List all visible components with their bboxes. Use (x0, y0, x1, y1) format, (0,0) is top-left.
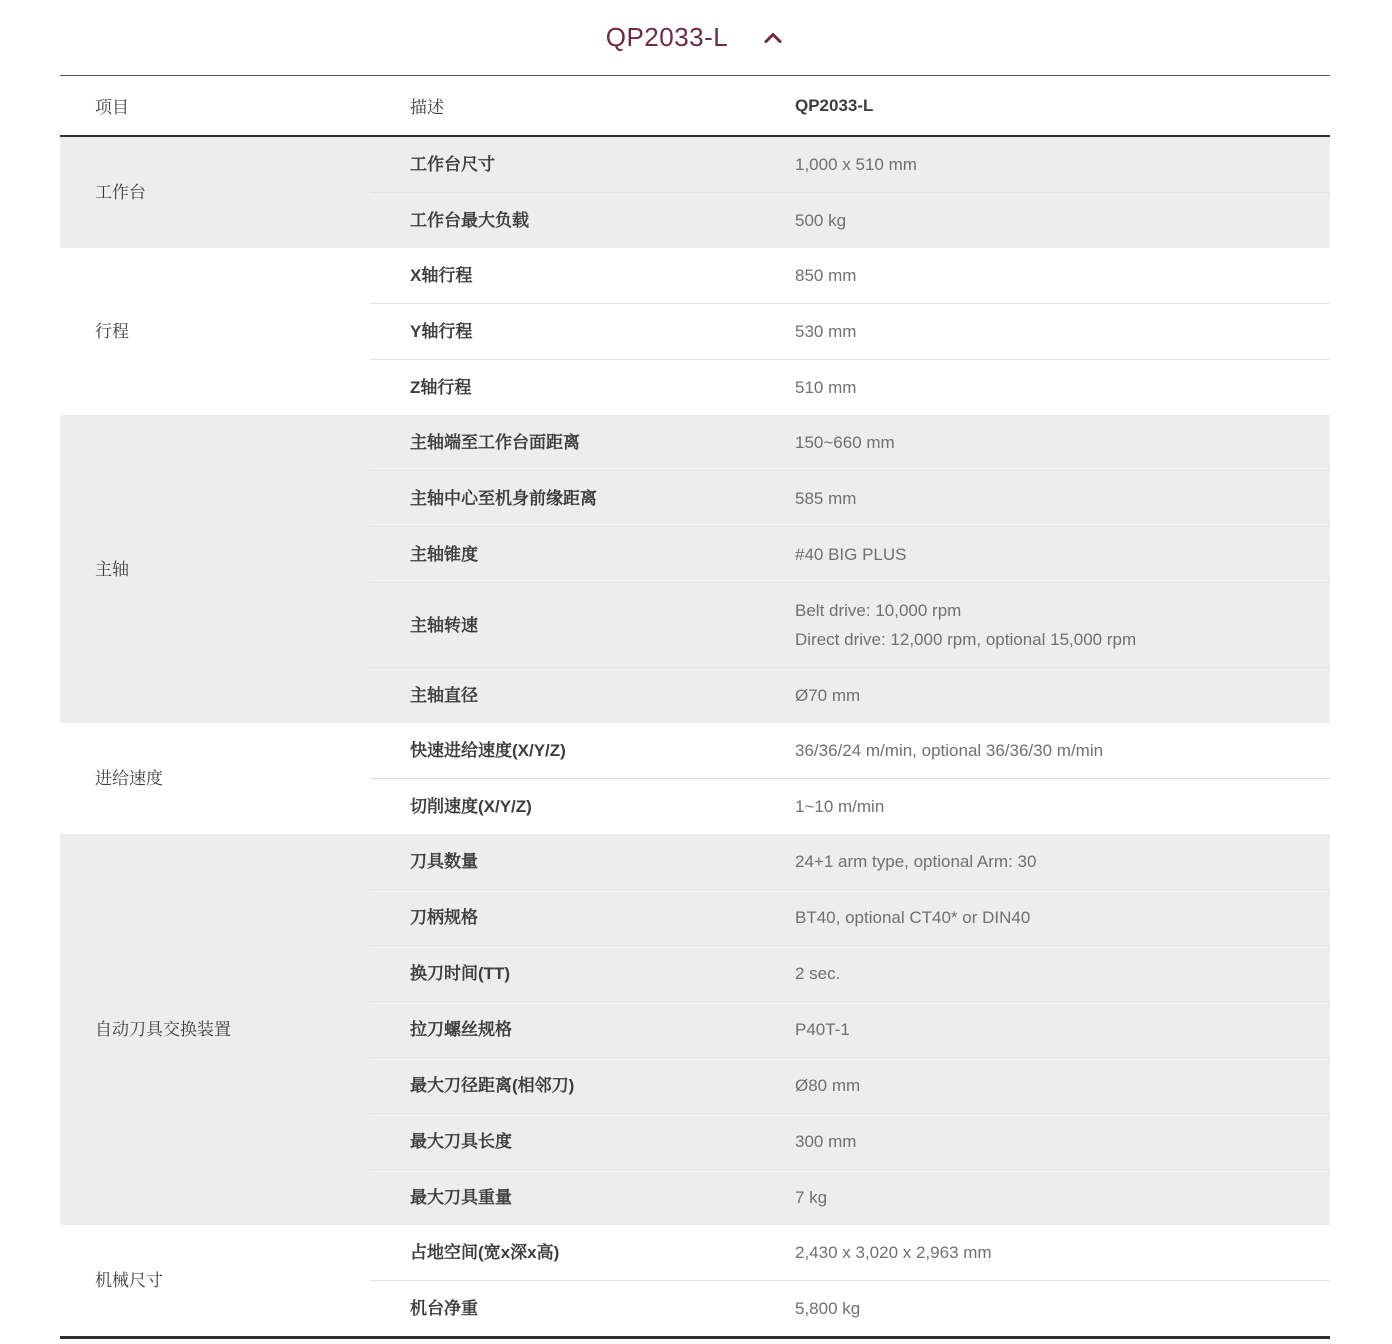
group-rows: X轴行程850 mmY轴行程530 mmZ轴行程510 mm (370, 248, 1330, 415)
group-rows: 主轴端至工作台面距离150~660 mm主轴中心至机身前缘距离585 mm主轴锥… (370, 415, 1330, 723)
spec-label: 工作台尺寸 (370, 150, 755, 179)
spec-value: 585 mm (755, 484, 1330, 513)
spec-label: 主轴直径 (370, 681, 755, 710)
spec-row: 占地空间(宽x深x高)2,430 x 3,020 x 2,963 mm (370, 1225, 1330, 1280)
group-rows: 快速进给速度(X/Y/Z)36/36/24 m/min, optional 36… (370, 723, 1330, 834)
group-item-label: 机械尺寸 (60, 1225, 370, 1336)
spec-value: #40 BIG PLUS (755, 540, 1330, 569)
spec-row: Y轴行程530 mm (370, 303, 1330, 359)
spec-value-line: 36/36/24 m/min, optional 36/36/30 m/min (795, 736, 1330, 765)
spec-row: 换刀时间(TT)2 sec. (370, 945, 1330, 1001)
group-item-label: 主轴 (60, 415, 370, 723)
group-item-label: 自动刀具交换装置 (60, 834, 370, 1225)
spec-table-header: 项目 描述 QP2033-L (60, 76, 1330, 137)
spec-label: 快速进给速度(X/Y/Z) (370, 736, 755, 765)
spec-value: 850 mm (755, 261, 1330, 290)
spec-value-line: 24+1 arm type, optional Arm: 30 (795, 847, 1330, 876)
column-header-description: 描述 (370, 93, 755, 118)
spec-value-line: 510 mm (795, 373, 1330, 402)
spec-value-line: Direct drive: 12,000 rpm, optional 15,00… (795, 625, 1330, 654)
spec-value-line: #40 BIG PLUS (795, 540, 1330, 569)
spec-value-line: 1,000 x 510 mm (795, 150, 1330, 179)
group-rows: 工作台尺寸1,000 x 510 mm工作台最大负载500 kg (370, 137, 1330, 248)
spec-group: 行程X轴行程850 mmY轴行程530 mmZ轴行程510 mm (60, 248, 1330, 415)
spec-label: 机台净重 (370, 1294, 755, 1323)
spec-value: 5,800 kg (755, 1294, 1330, 1323)
spec-value: 2,430 x 3,020 x 2,963 mm (755, 1238, 1330, 1267)
column-header-item: 项目 (60, 93, 370, 118)
group-rows: 占地空间(宽x深x高)2,430 x 3,020 x 2,963 mm机台净重5… (370, 1225, 1330, 1336)
spec-row: 刀具数量24+1 arm type, optional Arm: 30 (370, 834, 1330, 889)
spec-label: 拉刀螺丝规格 (370, 1015, 755, 1044)
spec-label: 换刀时间(TT) (370, 959, 755, 988)
spec-row: 工作台最大负载500 kg (370, 192, 1330, 248)
spec-label: 主轴中心至机身前缘距离 (370, 484, 755, 513)
spec-row: 最大刀具重量7 kg (370, 1169, 1330, 1225)
spec-group: 自动刀具交换装置刀具数量24+1 arm type, optional Arm:… (60, 834, 1330, 1225)
chevron-up-icon[interactable] (760, 28, 786, 48)
spec-row: 最大刀径距离(相邻刀)Ø80 mm (370, 1057, 1330, 1113)
spec-value: 530 mm (755, 317, 1330, 346)
spec-row: 刀柄规格BT40, optional CT40* or DIN40 (370, 889, 1330, 945)
spec-group: 主轴主轴端至工作台面距离150~660 mm主轴中心至机身前缘距离585 mm主… (60, 415, 1330, 723)
spec-value: 1~10 m/min (755, 792, 1330, 821)
spec-value: 36/36/24 m/min, optional 36/36/30 m/min (755, 736, 1330, 765)
spec-group: 工作台工作台尺寸1,000 x 510 mm工作台最大负载500 kg (60, 137, 1330, 248)
accordion-toggle[interactable]: QP2033-L (0, 0, 1392, 75)
spec-value: 150~660 mm (755, 428, 1330, 457)
spec-row: 主轴端至工作台面距离150~660 mm (370, 415, 1330, 470)
spec-value-line: 2 sec. (795, 959, 1330, 988)
spec-table-body: 工作台工作台尺寸1,000 x 510 mm工作台最大负载500 kg行程X轴行… (60, 137, 1330, 1336)
spec-value-line: Belt drive: 10,000 rpm (795, 596, 1330, 625)
spec-label: 最大刀具长度 (370, 1127, 755, 1156)
spec-row: X轴行程850 mm (370, 248, 1330, 303)
spec-label: 占地空间(宽x深x高) (370, 1238, 755, 1267)
spec-value-line: 530 mm (795, 317, 1330, 346)
spec-row: 主轴转速Belt drive: 10,000 rpmDirect drive: … (370, 582, 1330, 667)
spec-label: 切削速度(X/Y/Z) (370, 792, 755, 821)
spec-value: 300 mm (755, 1127, 1330, 1156)
spec-value: Belt drive: 10,000 rpmDirect drive: 12,0… (755, 596, 1330, 654)
spec-label: Y轴行程 (370, 317, 755, 346)
spec-row: 机台净重5,800 kg (370, 1280, 1330, 1336)
spec-label: 工作台最大负载 (370, 206, 755, 235)
spec-label: Z轴行程 (370, 373, 755, 402)
spec-value-line: 300 mm (795, 1127, 1330, 1156)
spec-group: 进给速度快速进给速度(X/Y/Z)36/36/24 m/min, optiona… (60, 723, 1330, 834)
spec-value-line: BT40, optional CT40* or DIN40 (795, 903, 1330, 932)
spec-group: 机械尺寸占地空间(宽x深x高)2,430 x 3,020 x 2,963 mm机… (60, 1225, 1330, 1336)
spec-row: 快速进给速度(X/Y/Z)36/36/24 m/min, optional 36… (370, 723, 1330, 778)
spec-value-line: 850 mm (795, 261, 1330, 290)
spec-value: P40T-1 (755, 1015, 1330, 1044)
spec-value: 510 mm (755, 373, 1330, 402)
spec-row: 主轴中心至机身前缘距离585 mm (370, 470, 1330, 526)
spec-value: 24+1 arm type, optional Arm: 30 (755, 847, 1330, 876)
spec-label: 最大刀径距离(相邻刀) (370, 1071, 755, 1100)
spec-label: 主轴端至工作台面距离 (370, 428, 755, 457)
spec-label: X轴行程 (370, 261, 755, 290)
group-item-label: 进给速度 (60, 723, 370, 834)
spec-label: 主轴锥度 (370, 540, 755, 569)
spec-value: 2 sec. (755, 959, 1330, 988)
spec-row: 主轴锥度#40 BIG PLUS (370, 526, 1330, 582)
spec-value-line: 2,430 x 3,020 x 2,963 mm (795, 1238, 1330, 1267)
spec-value-line: 150~660 mm (795, 428, 1330, 457)
spec-value: 7 kg (755, 1183, 1330, 1212)
spec-label: 刀具数量 (370, 847, 755, 876)
spec-value: BT40, optional CT40* or DIN40 (755, 903, 1330, 932)
spec-value: 1,000 x 510 mm (755, 150, 1330, 179)
spec-value-line: 585 mm (795, 484, 1330, 513)
group-item-label: 工作台 (60, 137, 370, 248)
spec-row: Z轴行程510 mm (370, 359, 1330, 415)
spec-row: 最大刀具长度300 mm (370, 1113, 1330, 1169)
spec-value-line: 5,800 kg (795, 1294, 1330, 1323)
spec-row: 切削速度(X/Y/Z)1~10 m/min (370, 778, 1330, 834)
spec-value-line: P40T-1 (795, 1015, 1330, 1044)
accordion-title: QP2033-L (606, 22, 729, 53)
spec-value-line: Ø70 mm (795, 681, 1330, 710)
spec-value: 500 kg (755, 206, 1330, 235)
column-header-model: QP2033-L (755, 96, 1330, 116)
spec-table: 项目 描述 QP2033-L 工作台工作台尺寸1,000 x 510 mm工作台… (60, 75, 1330, 1339)
spec-label: 最大刀具重量 (370, 1183, 755, 1212)
spec-label: 主轴转速 (370, 611, 755, 640)
spec-row: 工作台尺寸1,000 x 510 mm (370, 137, 1330, 192)
spec-value: Ø80 mm (755, 1071, 1330, 1100)
spec-value: Ø70 mm (755, 681, 1330, 710)
spec-label: 刀柄规格 (370, 903, 755, 932)
spec-value-line: 1~10 m/min (795, 792, 1330, 821)
spec-row: 拉刀螺丝规格P40T-1 (370, 1001, 1330, 1057)
group-item-label: 行程 (60, 248, 370, 415)
group-rows: 刀具数量24+1 arm type, optional Arm: 30刀柄规格B… (370, 834, 1330, 1225)
spec-value-line: 7 kg (795, 1183, 1330, 1212)
spec-value-line: 500 kg (795, 206, 1330, 235)
spec-value-line: Ø80 mm (795, 1071, 1330, 1100)
spec-row: 主轴直径Ø70 mm (370, 667, 1330, 723)
